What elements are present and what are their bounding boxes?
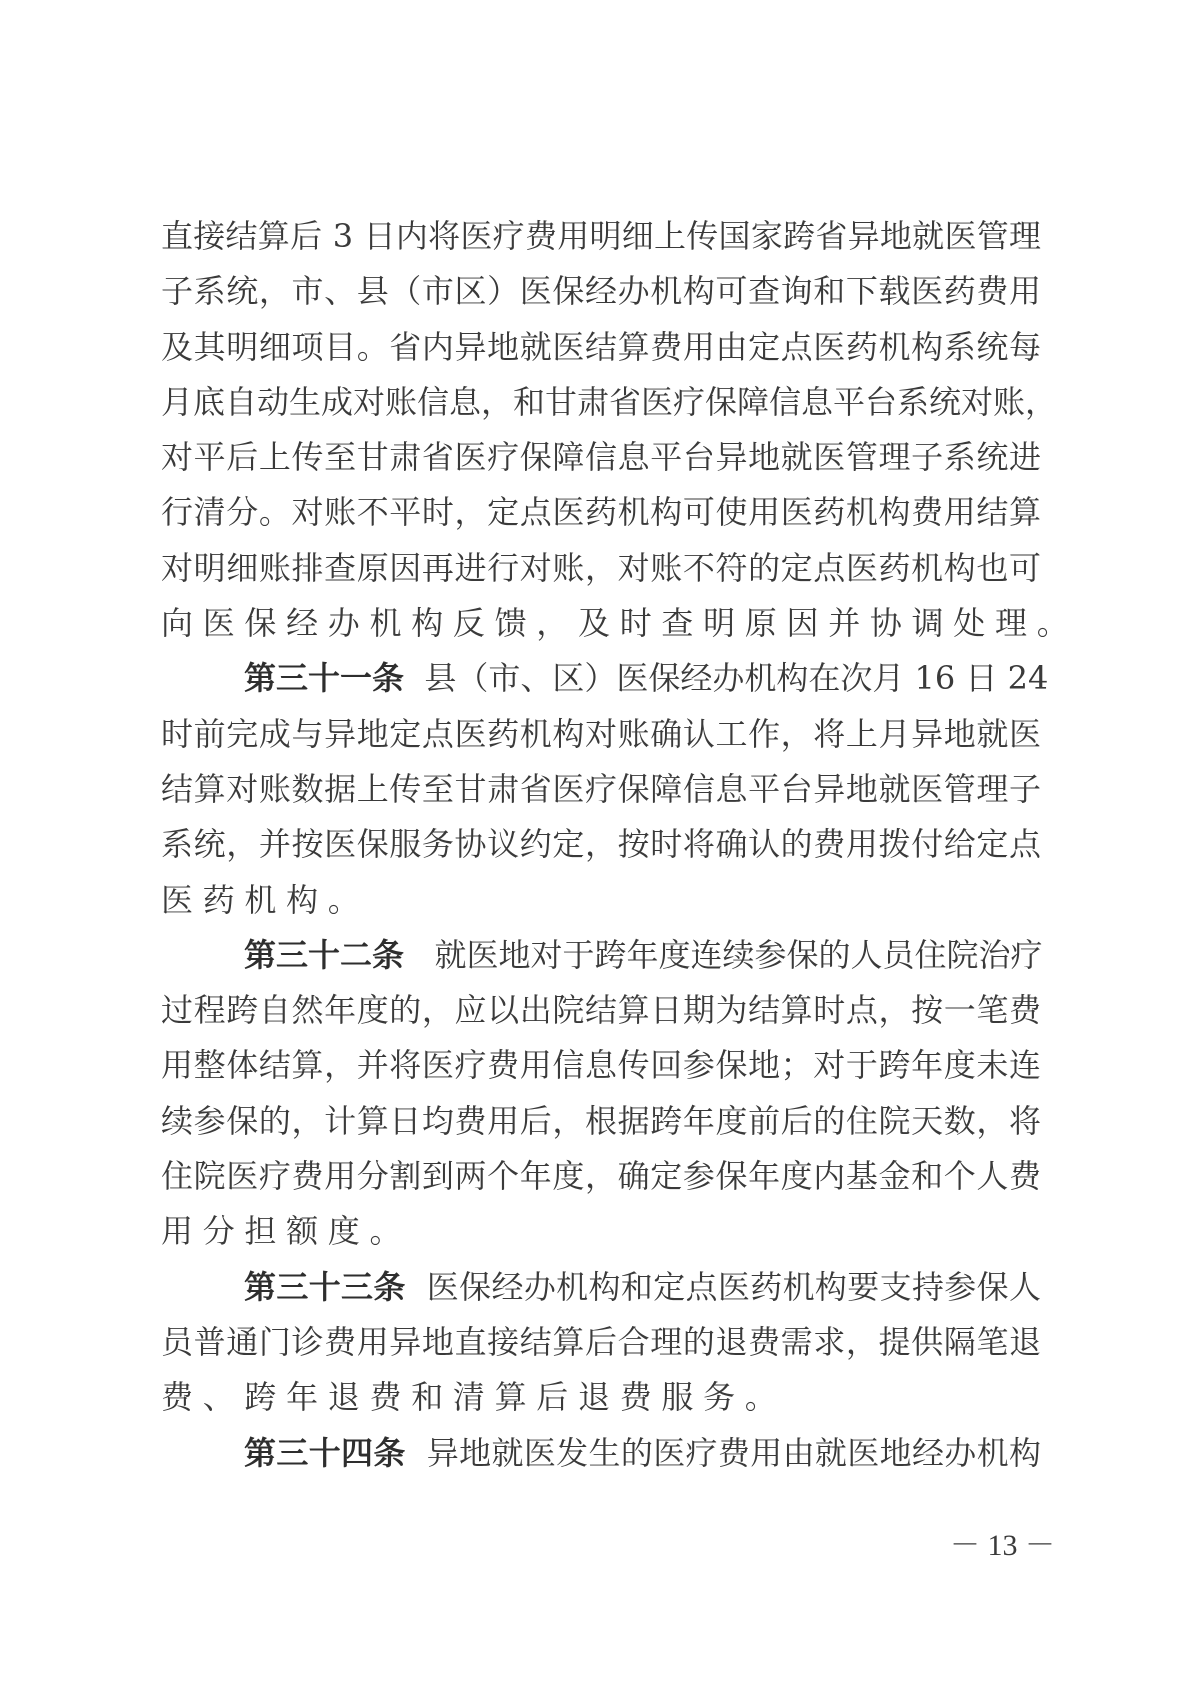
text-line: 行清分。对账不平时，定点医药机构可使用医药机构费用结算 (161, 485, 1041, 540)
article-number: 第三十二条 (244, 936, 404, 974)
text-line: 住院医疗费用分割到两个年度，确定参保年度内基金和个人费 (161, 1149, 1041, 1204)
text-line: 月底自动生成对账信息，和甘肃省医疗保障信息平台系统对账， (161, 375, 1041, 430)
text-line: 对明细账排查原因再进行对账，对账不符的定点医药机构也可 (161, 541, 1041, 596)
text-line: 对平后上传至甘肃省医疗保障信息平台异地就医管理子系统进 (161, 430, 1041, 485)
text-line: 医药机构。 (161, 873, 1041, 928)
article-33-heading-line: 第三十三条 医保经办机构和定点医药机构要支持参保人 (161, 1260, 1041, 1315)
article-text: 医保经办机构和定点医药机构要支持参保人 (427, 1268, 1041, 1306)
document-page: 直接结算后 3 日内将医疗费用明细上传国家跨省异地就医管理 子系统，市、县（市区… (161, 209, 1041, 1481)
text-line: 用整体结算，并将医疗费用信息传回参保地；对于跨年度未连 (161, 1038, 1041, 1093)
page-number: － 13 － (950, 1520, 1050, 1564)
article-31-heading-line: 第三十一条 县（市、区）医保经办机构在次月 16 日 24 (161, 651, 1041, 706)
article-34-heading-line: 第三十四条 异地就医发生的医疗费用由就医地经办机构 (161, 1426, 1041, 1481)
text-line: 员普通门诊费用异地直接结算后合理的退费需求，提供隔笔退 (161, 1315, 1041, 1370)
article-text: 县（市、区）医保经办机构在次月 16 日 24 (424, 659, 1048, 697)
article-number: 第三十一条 (244, 659, 404, 697)
text-line: 费、跨年退费和清算后退费服务。 (161, 1370, 1041, 1425)
article-text: 就医地对于跨年度连续参保的人员住院治疗 (435, 936, 1043, 974)
text-line: 及其明细项目。省内异地就医结算费用由定点医药机构系统每 (161, 320, 1041, 375)
article-32-heading-line: 第三十二条 就医地对于跨年度连续参保的人员住院治疗 (161, 928, 1041, 983)
text-line: 子系统，市、县（市区）医保经办机构可查询和下载医药费用 (161, 264, 1041, 319)
article-text: 异地就医发生的医疗费用由就医地经办机构 (427, 1434, 1041, 1472)
text-line: 续参保的，计算日均费用后，根据跨年度前后的住院天数，将 (161, 1094, 1041, 1149)
text-line: 结算对账数据上传至甘肃省医疗保障信息平台异地就医管理子 (161, 762, 1041, 817)
text-line: 系统，并按医保服务协议约定，按时将确认的费用拨付给定点 (161, 817, 1041, 872)
article-number: 第三十三条 (244, 1268, 406, 1306)
article-number: 第三十四条 (244, 1434, 406, 1472)
text-line: 时前完成与异地定点医药机构对账确认工作，将上月异地就医 (161, 707, 1041, 762)
text-line: 向医保经办机构反馈，及时查明原因并协调处理。 (161, 596, 1041, 651)
text-line: 直接结算后 3 日内将医疗费用明细上传国家跨省异地就医管理 (161, 209, 1041, 264)
text-line: 用分担额度。 (161, 1204, 1041, 1259)
text-line: 过程跨自然年度的，应以出院结算日期为结算时点，按一笔费 (161, 983, 1041, 1038)
